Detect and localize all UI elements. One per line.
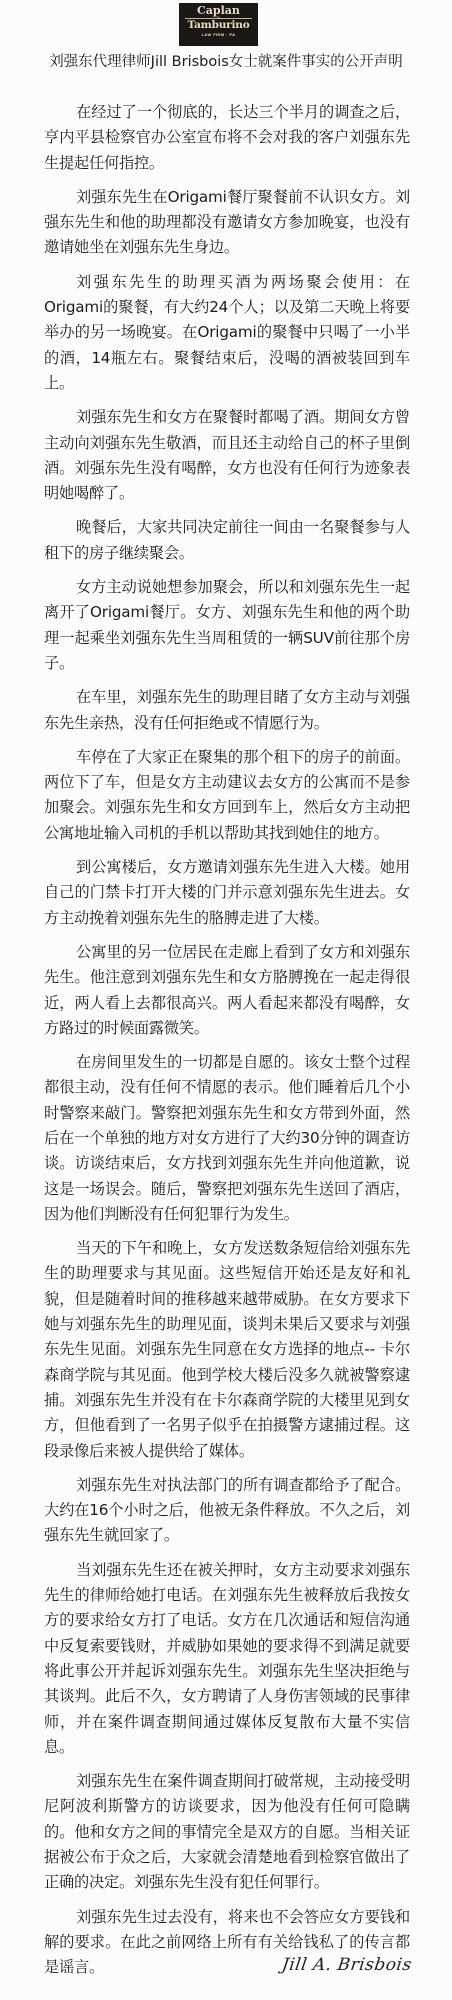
paragraph-7: 在车里，刘强东先生的助理目睹了女方主动与刘强东先生亲热，没有任何拒绝或不情愿行为… — [44, 685, 410, 736]
paragraph-5: 晚餐后，大家共同决定前往一间由一名聚餐参与人租下的房子继续聚会。 — [44, 515, 410, 566]
logo-law-firm-pa: LAW FIRM · PA — [179, 31, 258, 38]
paragraph-12: 当天的下午和晚上，女方发送数条短信给刘强东先生的助理要求与其见面。这些短信开始还… — [44, 1236, 410, 1464]
paragraph-10: 公寓里的另一位居民在走廊上看到了女方和刘强东先生。他注意到刘强东先生和女方胳膊挽… — [44, 940, 410, 1041]
law-firm-logo: Caplan & Tamburino LAW FIRM · PA — [179, 3, 258, 46]
paragraph-11: 在房间里发生的一切都是自愿的。该女士整个过程都很主动，没有任何不情愿的表示。他们… — [44, 1050, 410, 1227]
paragraph-1: 在经过了一个彻底的，长达三个半月的调查之后，亨内平县检察官办公室宣布将不会对我的… — [44, 100, 410, 176]
paragraph-4: 刘强东先生和女方在聚餐时都喝了酒。期间女方曾主动向刘强东先生敬酒，而且还主动给自… — [44, 405, 410, 506]
paragraph-6: 女方主动说她想参加聚会，所以和刘强东先生一起离开了Origami餐厅。女方、刘强… — [44, 575, 410, 676]
paragraph-3: 刘强东先生的助理买酒为两场聚会使用：在Origami的聚餐，有大约24个人；以及… — [44, 270, 410, 396]
logo-tamburino: Tamburino — [179, 19, 258, 31]
paragraph-13: 刘强东先生对执法部门的所有调查都给予了配合。大约在16个小时之后，他被无条件释放… — [44, 1473, 410, 1549]
paragraph-9: 到公寓楼后，女方邀请刘强东先生进入大楼。她用自己的门禁卡打开大楼的门并示意刘强东… — [44, 855, 410, 931]
paragraph-8: 车停在了大家正在聚集的那个租下的房子的前面。两位下了车，但是女方主动建议去女方的… — [44, 745, 410, 846]
paragraph-14: 当刘强东先生还在被关押时，女方主动要求刘强东先生的律师给她打电话。在刘强东先生被… — [44, 1558, 410, 1760]
logo-ampersand: & — [179, 16, 258, 20]
statement-body: 在经过了一个彻底的，长达三个半月的调查之后，亨内平县检察官办公室宣布将不会对我的… — [44, 100, 410, 1989]
paragraph-2: 刘强东先生在Origami餐厅聚餐前不认识女方。刘强东先生和他的助理都没有邀请女… — [44, 185, 410, 261]
statement-title: 刘强东代理律师Jill Brisbois女士就案件事实的公开声明 — [0, 50, 452, 74]
signature: Jill A. Brisbois — [281, 1955, 413, 1975]
paragraph-15: 刘强东先生在案件调查期间打破常规，主动接受明尼阿波利斯警方的访谈要求，因为他没有… — [44, 1769, 410, 1895]
